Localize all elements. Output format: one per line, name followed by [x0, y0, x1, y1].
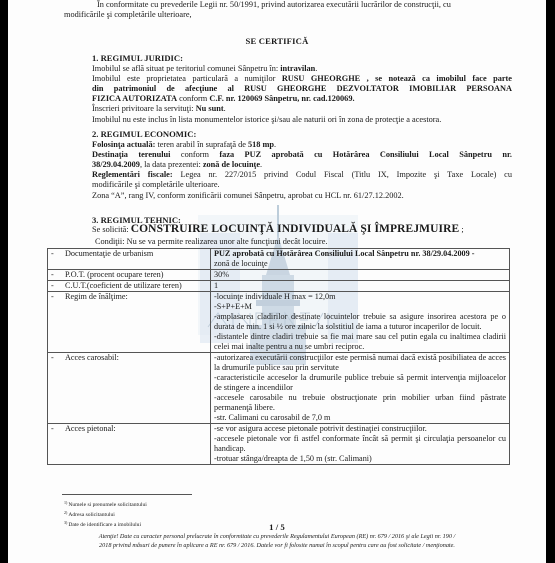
- footnote-1: 1)Numele si prenumele solicitantului: [64, 499, 147, 509]
- row-value-line: -autorizarea executării construcţiilor e…: [214, 353, 506, 373]
- row-bullet: -: [48, 281, 63, 292]
- juridic-line-6: Imobilul nu este inclus în lista monumen…: [92, 115, 512, 125]
- row-label: C.U.T.(coeficient de utilizare teren): [62, 281, 211, 292]
- row-value-line: -accesele carosabile nu trebuie obstrucţ…: [214, 393, 506, 413]
- document-page: În conformitate cu prevederile Legii nr.…: [8, 0, 546, 563]
- row-value-line: -caracteristicile acceselor la drumurile…: [214, 373, 506, 393]
- economic-line-5: modificările şi completările ulterioare.: [92, 180, 512, 190]
- row-value-line: -str. Calimani cu carosabil de 7,0 m: [214, 413, 506, 423]
- row-value-line: 30%: [214, 270, 506, 280]
- footnote-divider: [62, 494, 192, 495]
- row-bullet: -: [48, 249, 63, 270]
- gdpr-notice-line-1: Atenţie! Date cu caracter personal prelu…: [28, 533, 526, 542]
- row-value-line: -se vor asigura accese pietonale potrivi…: [214, 424, 506, 434]
- row-value-line: 1: [214, 281, 506, 291]
- row-value-line: -locuinţe individuale H max = 12,0m: [214, 292, 506, 302]
- section-body-regim-juridic: Imobilul se află situat pe teritoriul co…: [92, 64, 512, 125]
- row-bullet: -: [48, 270, 63, 281]
- row-value: PUZ aprobată cu Hotărârea Consiliului Lo…: [211, 249, 510, 270]
- juridic-line-1: Imobilul se află situat pe teritoriul co…: [92, 64, 512, 74]
- row-label: P.O.T. (procent ocupare teren): [62, 270, 211, 281]
- row-label: Regim de înălţime:: [62, 292, 211, 353]
- row-value-line: -trotuar stânga/dreapta de 1,50 m (str. …: [214, 454, 506, 464]
- row-value-line: zonă de locuinţe: [214, 259, 506, 269]
- row-bullet: -: [48, 424, 63, 465]
- juridic-line-2: Imobilul este proprietatea particulară a…: [92, 74, 512, 84]
- row-value: 30%: [211, 270, 510, 281]
- table-row: -Acces pietonal:-se vor asigura accese p…: [48, 424, 510, 465]
- page-number: 1 / 5: [8, 522, 546, 532]
- economic-line-1: Folosinţa actuală: teren arabil în supra…: [92, 140, 512, 150]
- row-value: -locuinţe individuale H max = 12,0m-S+P+…: [211, 292, 510, 353]
- row-value-line: PUZ aprobată cu Hotărârea Consiliului Lo…: [214, 249, 506, 259]
- row-bullet: -: [48, 353, 63, 424]
- table-row: -Documentaţie de urbanismPUZ aprobată cu…: [48, 249, 510, 270]
- table-row: -Regim de înălţime:-locuinţe individuale…: [48, 292, 510, 353]
- footnote-2: 2)Adresa solicitantului: [64, 509, 147, 519]
- section-body-regim-economic: Folosinţa actuală: teren arabil în supra…: [92, 140, 512, 201]
- juridic-line-4: FIZICA AUTORIZATA conform C.F. nr. 12006…: [92, 94, 512, 104]
- row-value: -se vor asigura accese pietonale potrivi…: [211, 424, 510, 465]
- juridic-line-3: din patrimoniul de afecţiune al RUSU GHE…: [92, 84, 512, 94]
- row-value-line: -amplasarea cladirilor destinate locuint…: [214, 312, 506, 332]
- row-label: Acces carosabil:: [62, 353, 211, 424]
- economic-line-3: 38/29.04.2009, la data prezentei: zonă d…: [92, 160, 512, 170]
- table-row: -C.U.T.(coeficient de utilizare teren)1: [48, 281, 510, 292]
- row-value: -autorizarea executării construcţiilor e…: [211, 353, 510, 424]
- row-value-line: -accesele pietonale vor fi astfel confor…: [214, 434, 506, 454]
- row-value-line: -S+P+E+M: [214, 302, 506, 312]
- economic-line-2: Destinaţia terenului conform faza PUZ ap…: [92, 150, 512, 160]
- economic-line-6: Zona “A”, rang IV, conform zonificării c…: [92, 191, 512, 201]
- row-value: 1: [211, 281, 510, 292]
- intro-line-2: modificările şi completările ulterioare,: [64, 10, 192, 20]
- table-row: -P.O.T. (procent ocupare teren)30%: [48, 270, 510, 281]
- row-bullet: -: [48, 292, 63, 353]
- row-label: Documentaţie de urbanism: [62, 249, 211, 270]
- conditii-line: Condiţii: Nu se va permite realizarea un…: [95, 237, 327, 247]
- technical-regime-table: -Documentaţie de urbanismPUZ aprobată cu…: [47, 248, 510, 465]
- row-value-line: -distantele dintre cladiri trebuie sa fi…: [214, 332, 506, 352]
- gdpr-notice-line-2: 2018 privind măsuri de punere în aplicar…: [28, 542, 526, 551]
- juridic-line-5: Înscrieri privitoare la servituţi: Nu su…: [92, 104, 512, 114]
- row-label: Acces pietonal:: [62, 424, 211, 465]
- solicita-line: Se solicită: CONSTRUIRE LOCUINŢĂ INDIVID…: [92, 224, 464, 235]
- section-title-regim-juridic: 1. REGIMUL JURIDIC:: [92, 53, 183, 63]
- intro-line-1: În conformitate cu prevederile Legii nr.…: [97, 0, 451, 10]
- gdpr-notice: Atenţie! Date cu caracter personal prelu…: [28, 533, 526, 550]
- heading-se-certifica: SE CERTIFICĂ: [8, 36, 546, 46]
- section-title-regim-economic: 2. REGIMUL ECONOMIC:: [92, 129, 196, 139]
- table-row: -Acces carosabil:-autorizarea executării…: [48, 353, 510, 424]
- economic-line-4: Reglementări fiscale: Legea nr. 227/2015…: [92, 170, 512, 180]
